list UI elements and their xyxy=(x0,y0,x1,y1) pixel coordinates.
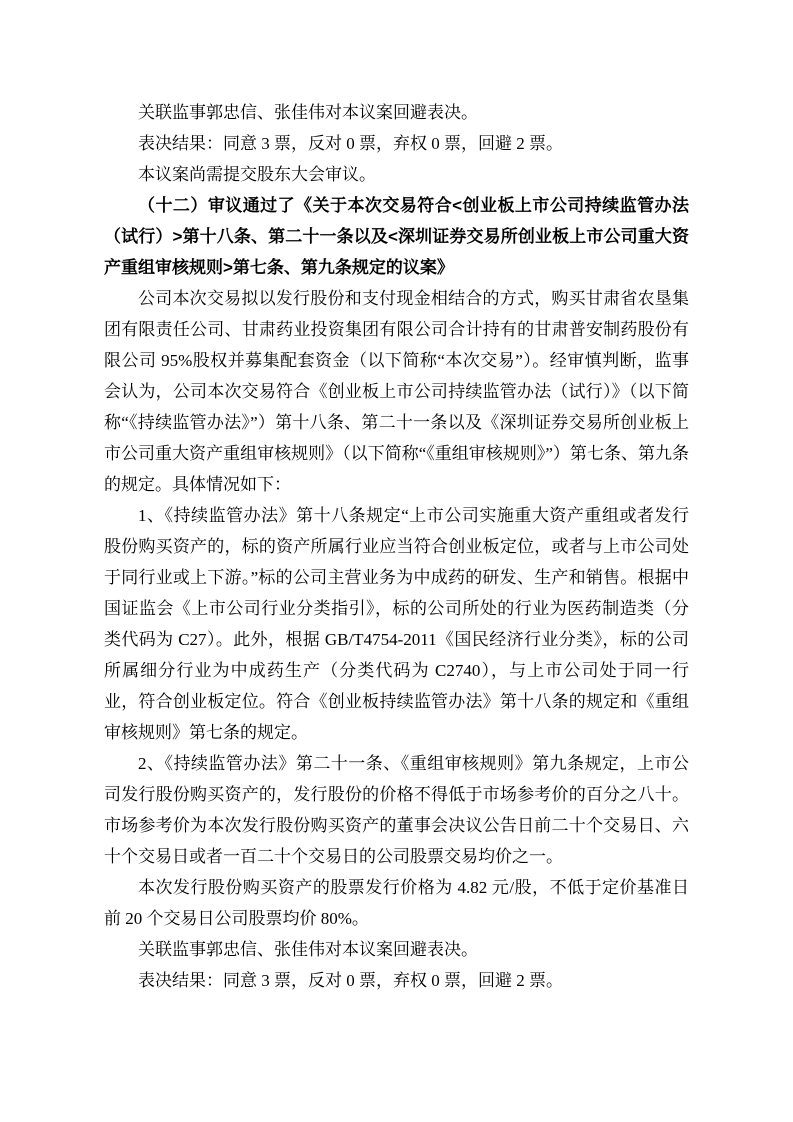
resolution-item-12-heading: （十二）审议通过了《关于本次交易符合<创业板上市公司持续监管办法（试行）>第十八… xyxy=(104,190,689,283)
issue-price-paragraph: 本次发行股份购买资产的股票发行价格为 4.82 元/股，不低于定价基准日前 20… xyxy=(104,872,689,934)
related-supervisors-abstain-paragraph-2: 关联监事郭忠信、张佳伟对本议案回避表决。 xyxy=(104,934,689,965)
vote-result-paragraph-2: 表决结果：同意 3 票，反对 0 票，弃权 0 票，回避 2 票。 xyxy=(104,965,689,996)
compliance-item-2-paragraph: 2、《持续监管办法》第二十一条、《重组审核规则》第九条规定，上市公司发行股份购买… xyxy=(104,748,689,872)
pending-shareholder-meeting-paragraph: 本议案尚需提交股东大会审议。 xyxy=(104,159,689,190)
compliance-item-1-paragraph: 1、《持续监管办法》第十八条规定“上市公司实施重大资产重组或者发行股份购买资产的… xyxy=(104,500,689,748)
related-supervisors-abstain-paragraph: 关联监事郭忠信、张佳伟对本议案回避表决。 xyxy=(104,97,689,128)
vote-result-paragraph: 表决结果：同意 3 票，反对 0 票，弃权 0 票，回避 2 票。 xyxy=(104,128,689,159)
transaction-overview-paragraph: 公司本次交易拟以发行股份和支付现金相结合的方式，购买甘肃省农垦集团有限责任公司、… xyxy=(104,283,689,500)
document-body: 关联监事郭忠信、张佳伟对本议案回避表决。 表决结果：同意 3 票，反对 0 票，… xyxy=(104,97,689,996)
document-page: 关联监事郭忠信、张佳伟对本议案回避表决。 表决结果：同意 3 票，反对 0 票，… xyxy=(0,0,793,1122)
